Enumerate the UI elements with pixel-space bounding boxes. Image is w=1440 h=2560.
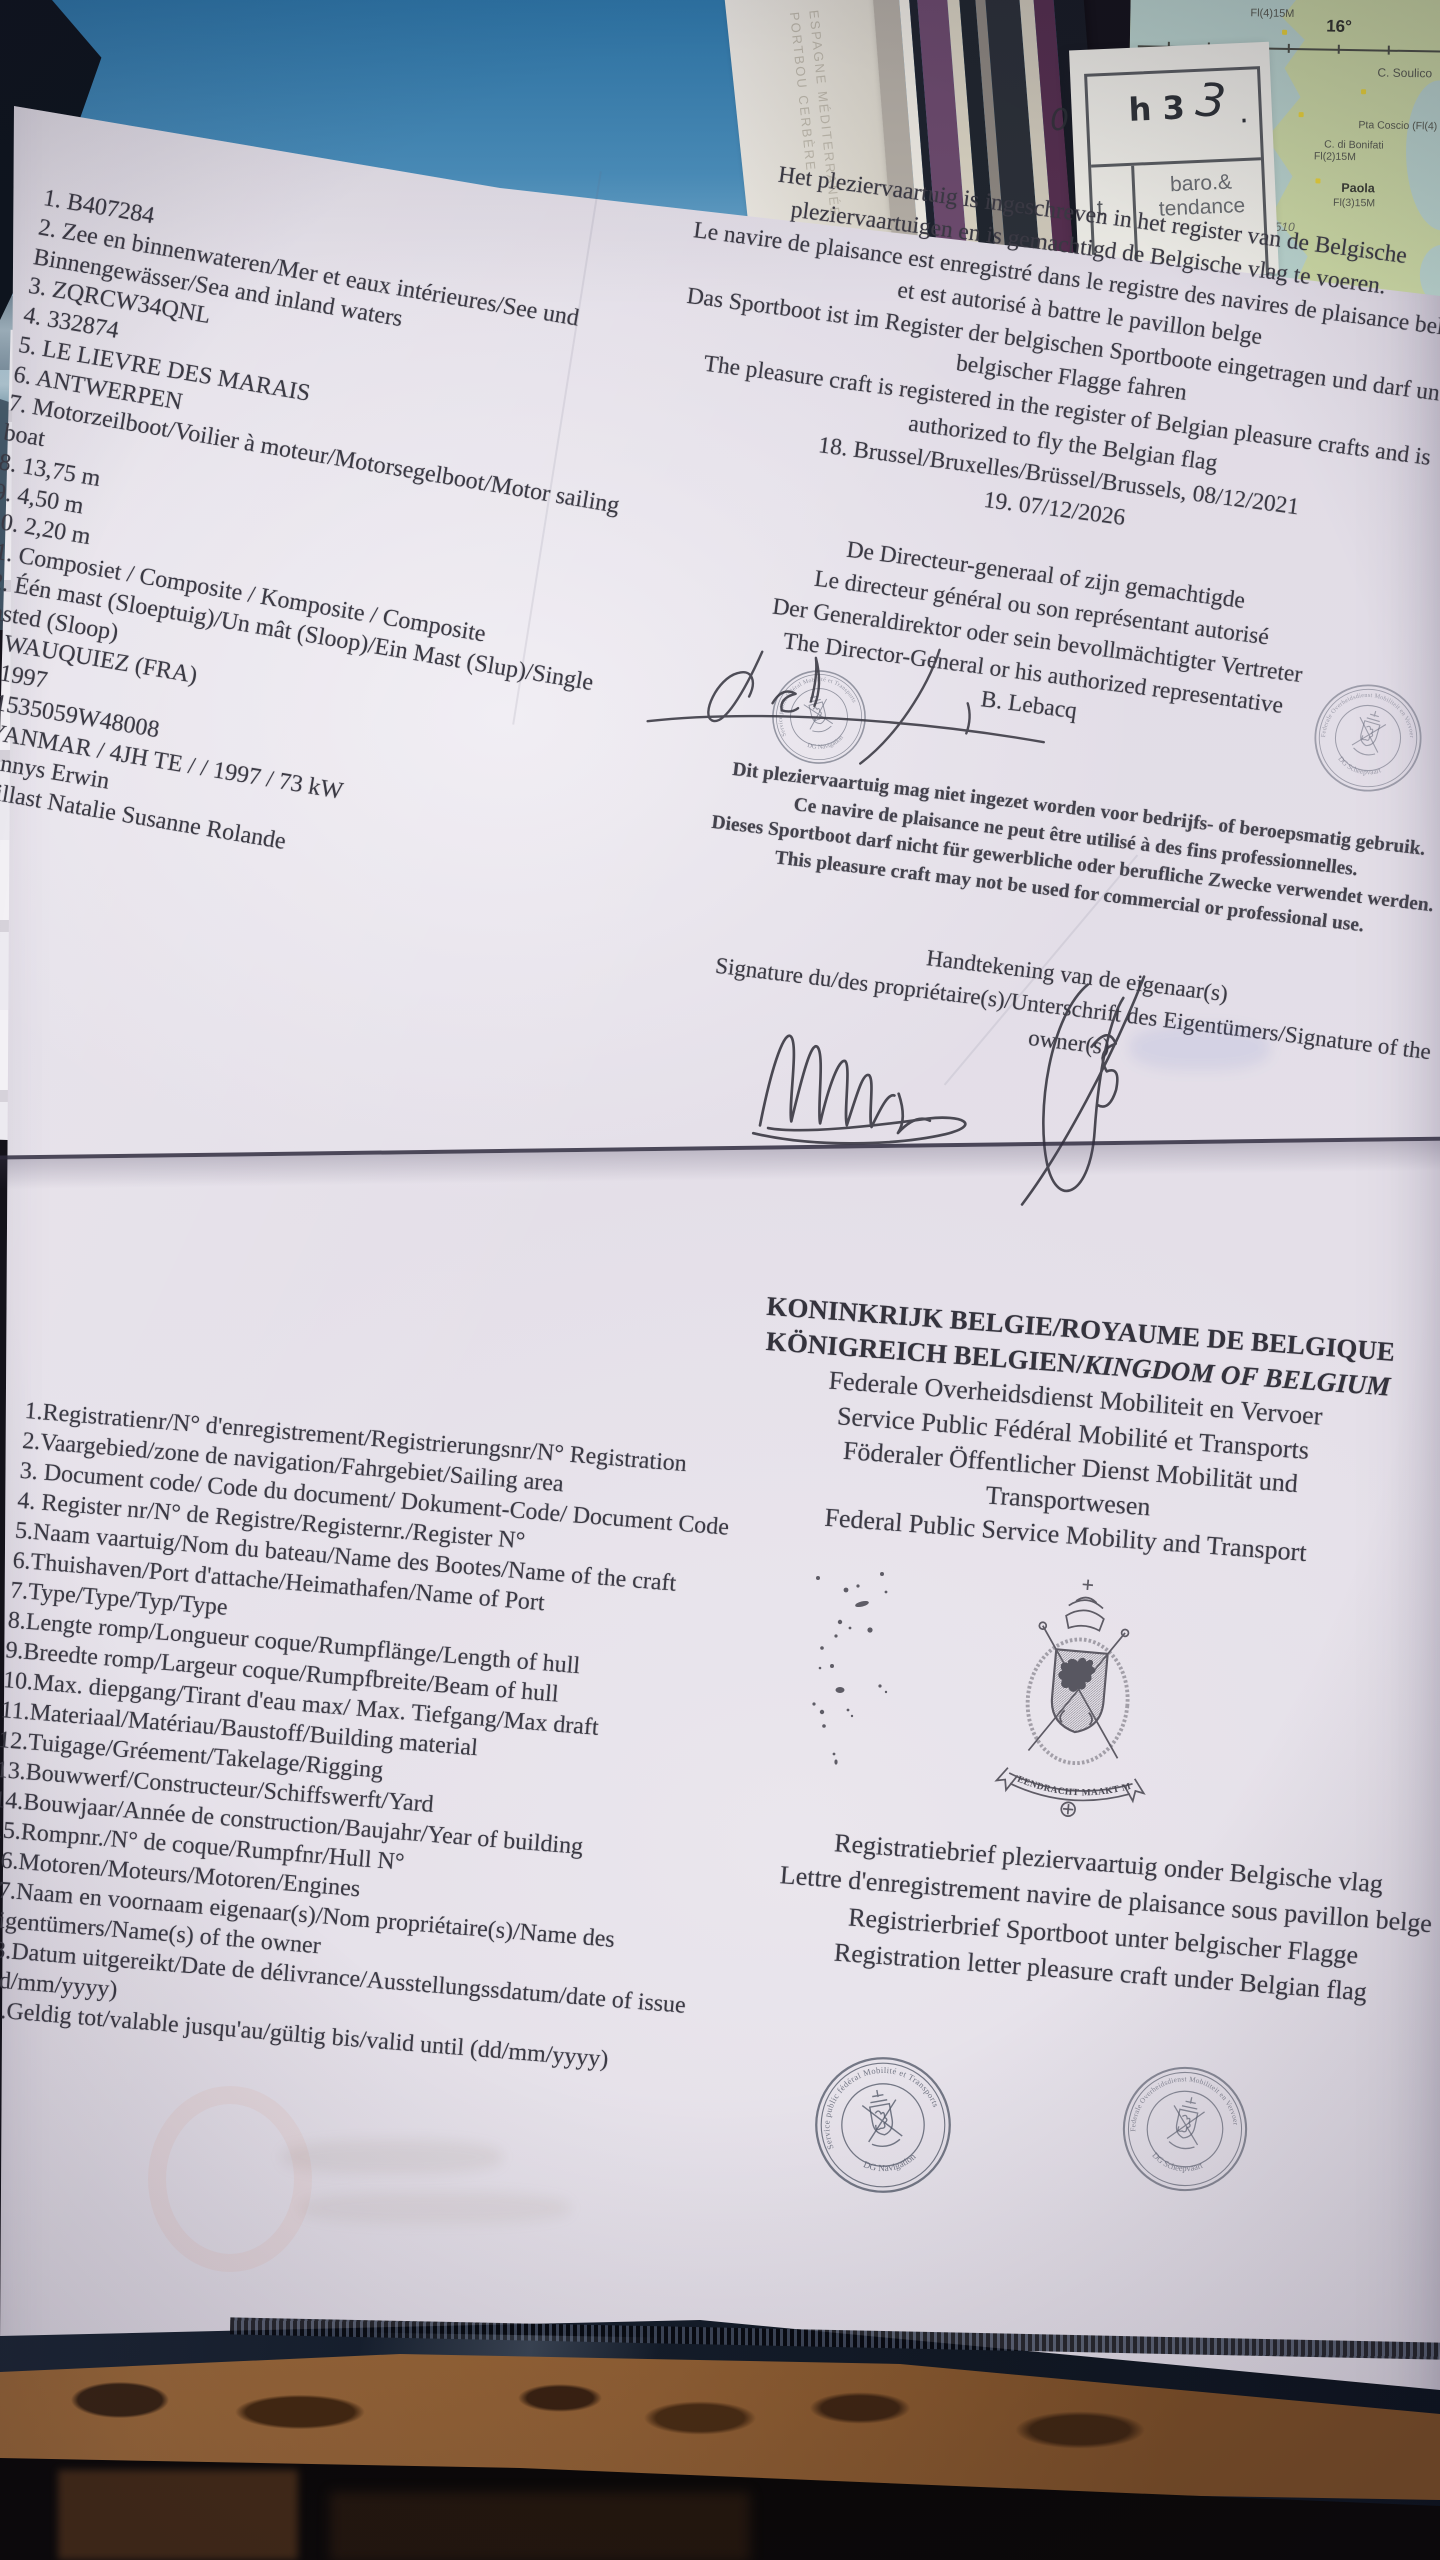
svg-text:DG Navigation: DG Navigation (860, 2151, 920, 2178)
map-marker (1361, 89, 1366, 94)
bleed-through-text (300, 2192, 570, 2224)
stamp-text-bottom: DG Navigation (860, 2151, 920, 2178)
map-label-longitude: 16° (1326, 17, 1352, 37)
svg-text:DG Scheepvaart: DG Scheepvaart (1334, 753, 1384, 781)
map-label-cape: C. di Bonifati (1324, 139, 1384, 152)
field-label-list: 1.Registratienr/N° d'enregistrement/Regi… (0, 1396, 823, 2088)
stamp-text-top: Service public fédéral Mobilité et Trans… (812, 2055, 946, 2151)
svg-text:Federale Overheidsdienst Mobil: Federale Overheidsdienst Mobiliteit en V… (1128, 2065, 1248, 2154)
belgian-coat-of-arms: EENDRACHT MAAKT MACHT (981, 1565, 1174, 1829)
handwriting-hours: h 3 (1128, 88, 1186, 128)
logcard-cell-hours: h 3 3 · (1087, 69, 1261, 167)
svg-text:Federale Overheidsdienst Mobil: Federale Overheidsdienst Mobiliteit en V… (1319, 681, 1425, 763)
map-label: Fl(4)15M (1250, 7, 1294, 20)
certificate-field-values: 1. B407284 2. Zee en binnenwateren/Mer e… (0, 184, 685, 908)
svg-text:Service public fédéral Mobilit: Service public fédéral Mobilité et Trans… (812, 2055, 946, 2151)
sheet-edge-shadow (0, 1140, 1440, 1190)
map-label-point: Pta Coscio (Fl(4) (1358, 119, 1437, 132)
ink-spatter (796, 1556, 976, 1846)
map-bay (1405, 80, 1440, 231)
under-table-box (58, 2470, 298, 2560)
svg-text:DG Scheepvaart: DG Scheepvaart (1148, 2149, 1206, 2178)
map-label-town: Paola (1341, 181, 1375, 196)
map-marker (1282, 30, 1287, 35)
stamp-text-top: Federale Overheidsdienst Mobiliteit en V… (1319, 681, 1425, 763)
sheet-edge-divider (0, 1136, 1440, 1160)
owner-signature-2 (968, 959, 1167, 1225)
logcard-baro-line1: baro.& (1144, 169, 1259, 198)
latitude-line (1138, 45, 1440, 53)
zipper-teeth (230, 2317, 1440, 2359)
stamp-text-bottom: DG Scheepvaart (1334, 753, 1384, 781)
under-table-shadow (330, 2492, 750, 2560)
folder-gloss (360, 2332, 781, 2399)
map-marker (1299, 112, 1304, 117)
stamp-text-top: Federale Overheidsdienst Mobiliteit en V… (1128, 2065, 1248, 2154)
document-title: Registratiebrief pleziervaartuig onder B… (755, 1820, 1440, 2017)
handwriting-dot: · (1239, 104, 1250, 139)
map-label-light: Fl(2)15M (1314, 150, 1356, 163)
bottom-stamp-nl: Federale Overheidsdienst Mobiliteit en V… (1108, 2052, 1262, 2206)
map-marker (1315, 178, 1320, 183)
map-label-light: Fl(3)15M (1333, 197, 1375, 210)
handwriting-partial: 0 (1049, 103, 1070, 139)
bleed-through-text (282, 2140, 502, 2174)
handwriting-number: 3 (1194, 72, 1228, 129)
stamp-text-bottom: DG Scheepvaart (1148, 2149, 1206, 2178)
map-label-cape: C. Soulico (1377, 65, 1432, 80)
bottom-stamp-fr: Service public fédéral Mobilité et Trans… (801, 2043, 966, 2208)
bleed-through-logo (148, 2086, 312, 2272)
crown-cross-icon (1082, 1579, 1093, 1590)
photographed-registration-document: ESPAGNE MÉDITERRANÉE PORTBOU CERBÈRE Fl(… (0, 0, 1440, 2560)
